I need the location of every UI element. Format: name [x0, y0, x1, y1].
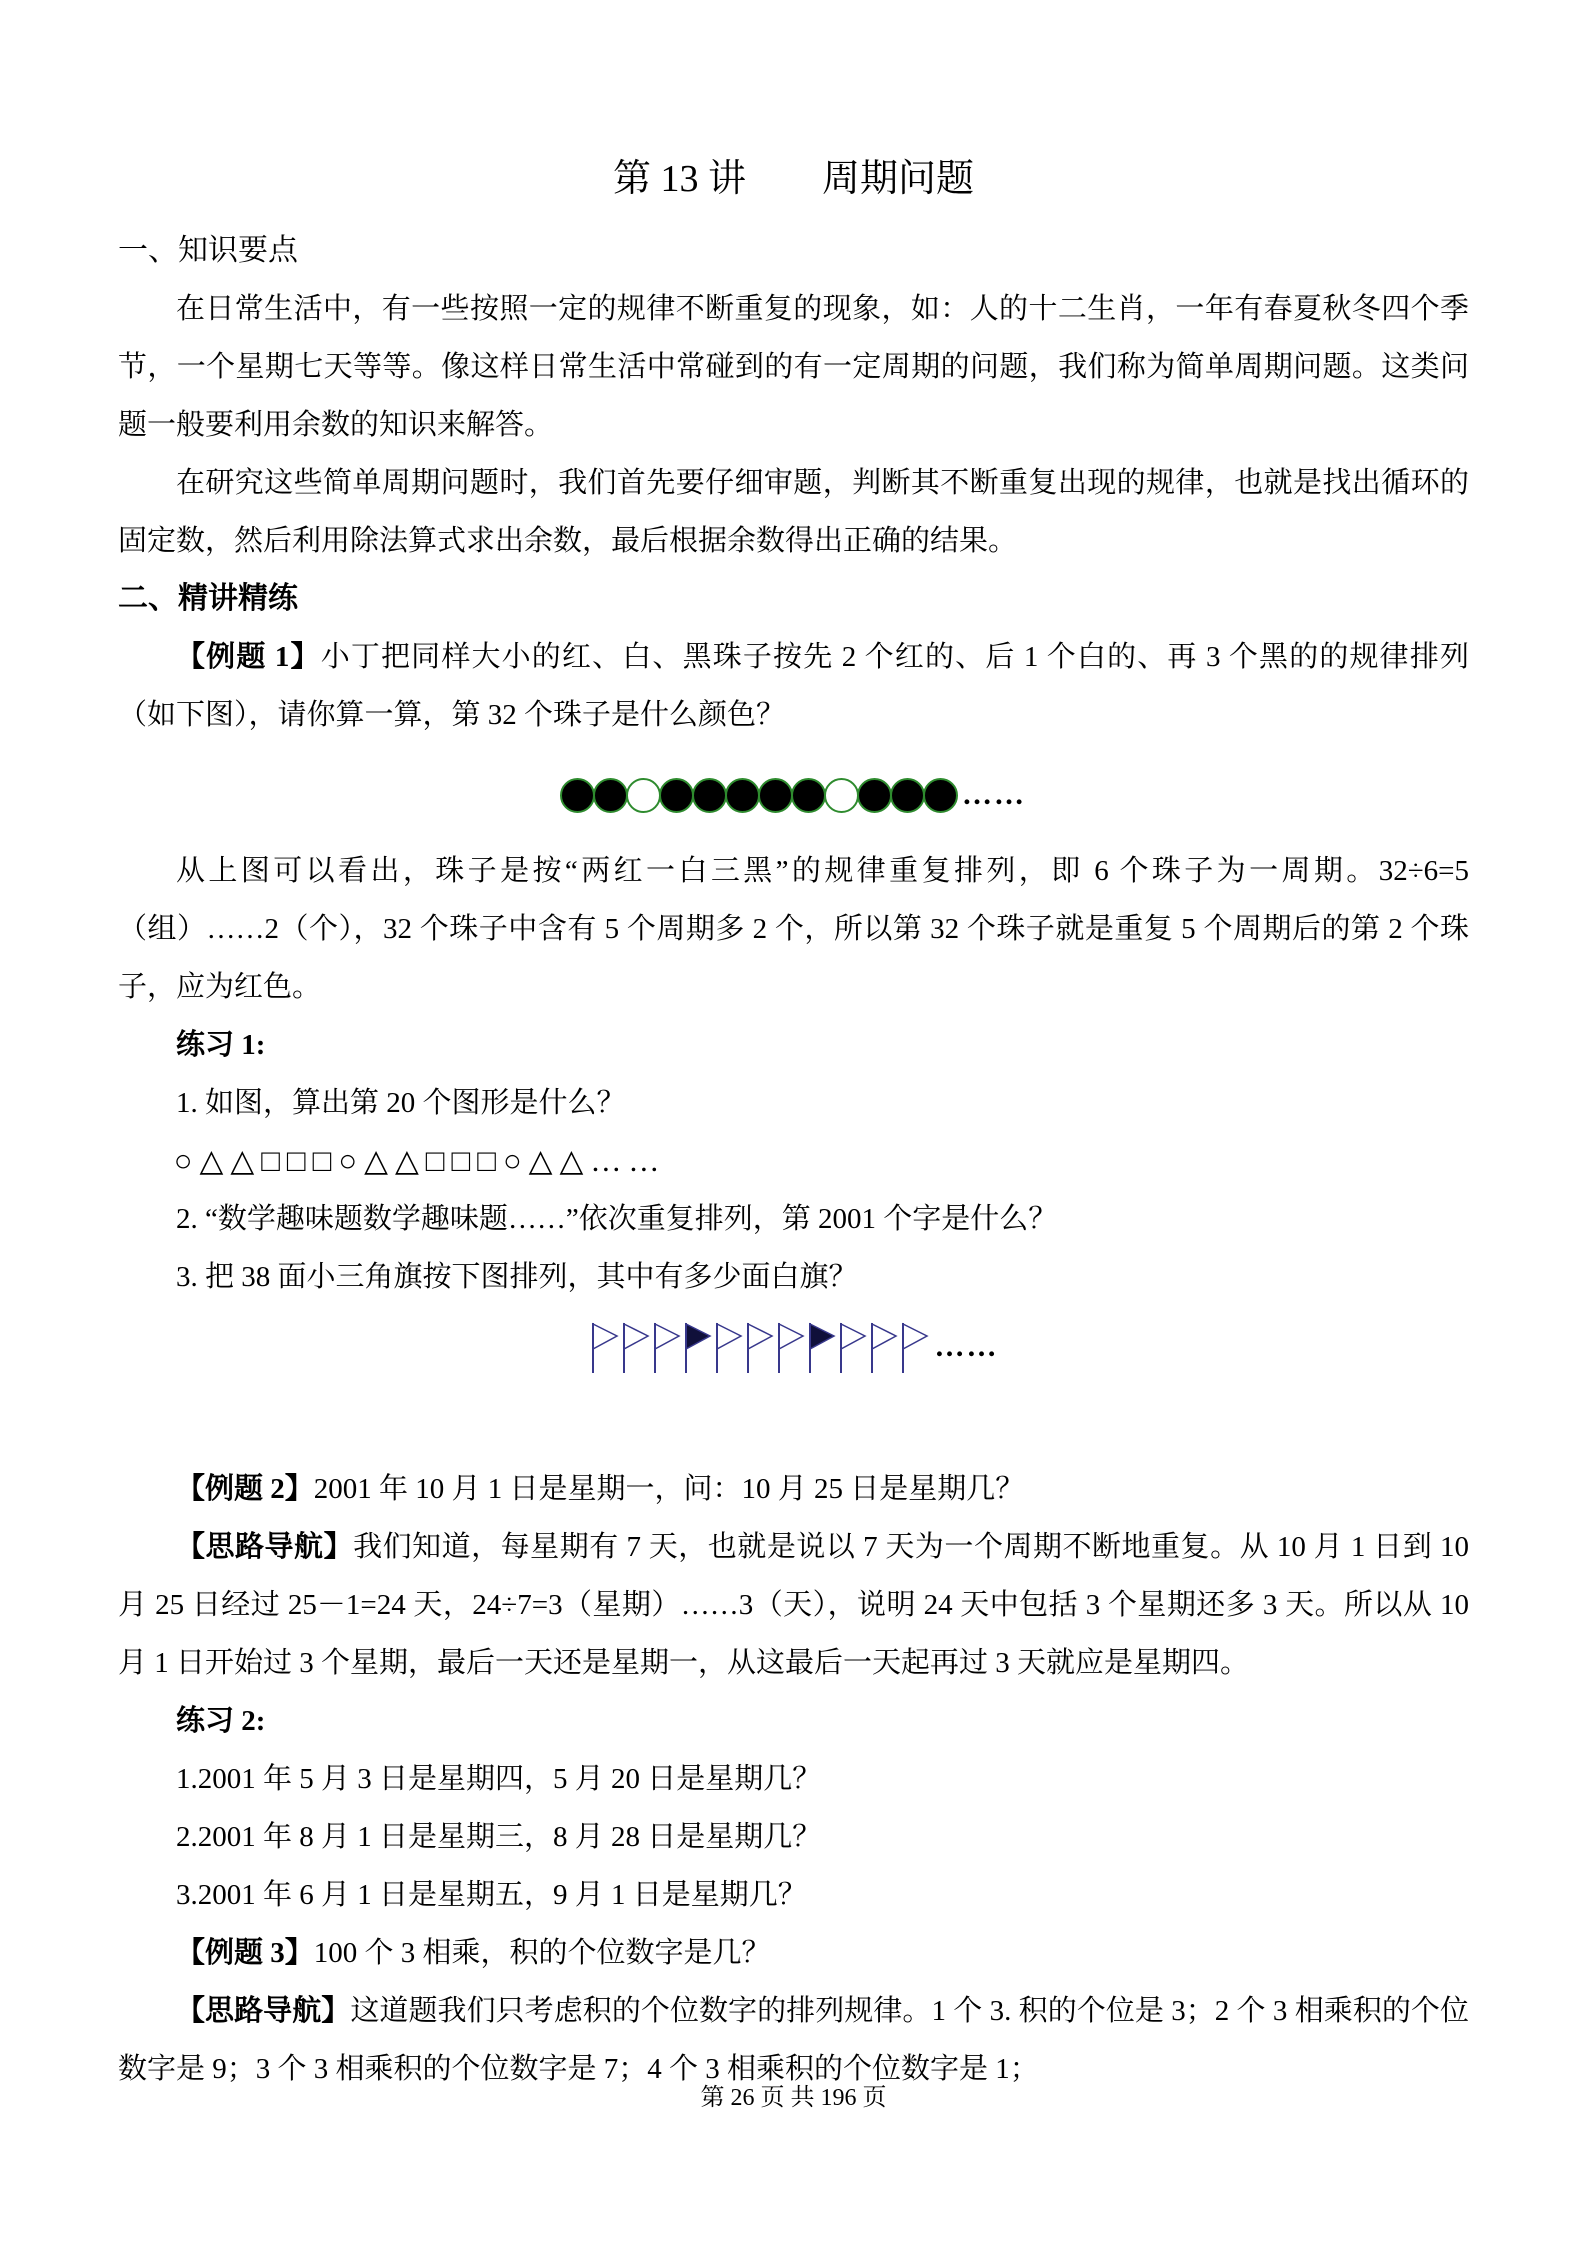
practice2-item-3: 3.2001 年 6 月 1 日是星期五，9 月 1 日是星期几？: [118, 1866, 1469, 1924]
example2-label: 【例题 2】: [176, 1473, 314, 1505]
bead-open: [626, 778, 661, 813]
flag-white-icon: [775, 1322, 806, 1374]
practice1-heading: 练习 1:: [118, 1016, 1469, 1074]
flag-white-icon: [620, 1322, 651, 1374]
practice2-item-1: 1.2001 年 5 月 3 日是星期四，5 月 20 日是星期几？: [118, 1750, 1469, 1808]
bead-filled: [725, 778, 760, 813]
flag-white-icon: [837, 1322, 868, 1374]
example1-text: 小丁把同样大小的红、白、黑珠子按先 2 个红的、后 1 个白的、再 3 个黑的的…: [118, 641, 1469, 731]
example3-paragraph: 【例题 3】100 个 3 相乘，积的个位数字是几？: [118, 1924, 1469, 1982]
bead-filled: [923, 778, 958, 813]
example3-text: 100 个 3 相乘，积的个位数字是几？: [314, 1937, 771, 1969]
flags-figure: ……: [118, 1322, 1469, 1374]
nav3-paragraph: 【思路导航】这道题我们只考虑积的个位数字的排列规律。1 个 3. 积的个位是 3…: [118, 1982, 1469, 2098]
beads-ellipsis: ……: [962, 778, 1026, 811]
example1-solution: 从上图可以看出，珠子是按“两红一白三黑”的规律重复排列，即 6 个珠子为一周期。…: [118, 842, 1469, 1016]
beads-figure: ……: [118, 772, 1469, 818]
bead-filled: [758, 778, 793, 813]
nav2-paragraph: 【思路导航】我们知道，每星期有 7 天，也就是说以 7 天为一个周期不断地重复。…: [118, 1518, 1469, 1692]
section-heading-lecture: 二、精讲精练: [118, 570, 1469, 628]
example3-label: 【例题 3】: [176, 1937, 314, 1969]
bead-filled: [791, 778, 826, 813]
section-heading-knowledge: 一、知识要点: [118, 222, 1469, 280]
example2-paragraph: 【例题 2】2001 年 10 月 1 日是星期一，问：10 月 25 日是星期…: [118, 1460, 1469, 1518]
practice1-item-1: 1. 如图，算出第 20 个图形是什么？: [118, 1074, 1469, 1132]
example1-paragraph: 【例题 1】小丁把同样大小的红、白、黑珠子按先 2 个红的、后 1 个白的、再 …: [118, 628, 1469, 744]
practice1-item-3: 3. 把 38 面小三角旗按下图排列，其中有多少面白旗？: [118, 1248, 1469, 1306]
flag-black-icon: [806, 1322, 837, 1374]
bead-open: [824, 778, 859, 813]
flag-white-icon: [651, 1322, 682, 1374]
knowledge-paragraph-1: 在日常生活中，有一些按照一定的规律不断重复的现象，如：人的十二生肖，一年有春夏秋…: [118, 280, 1469, 454]
practice1-shapes-line: ○△△□□□○△△□□□○△△……: [118, 1132, 1469, 1190]
beads-strip: [561, 786, 957, 803]
practice2-item-2: 2.2001 年 8 月 1 日是星期三，8 月 28 日是星期几？: [118, 1808, 1469, 1866]
example1-label: 【例题 1】: [176, 641, 321, 673]
flag-white-icon: [713, 1322, 744, 1374]
nav3-label: 【思路导航】: [176, 1995, 350, 2027]
flag-black-icon: [682, 1322, 713, 1374]
flag-white-icon: [589, 1322, 620, 1374]
example2-text: 2001 年 10 月 1 日是星期一，问：10 月 25 日是星期几？: [314, 1473, 1025, 1505]
flags-strip: [589, 1322, 930, 1339]
page-number-footer: 第 26 页 共 196 页: [0, 2083, 1587, 2113]
flag-white-icon: [868, 1322, 899, 1374]
nav2-label: 【思路导航】: [176, 1531, 353, 1563]
bead-filled: [560, 778, 595, 813]
bead-filled: [593, 778, 628, 813]
practice1-item-2: 2. “数学趣味题数学趣味题……”依次重复排列，第 2001 个字是什么？: [118, 1190, 1469, 1248]
flag-white-icon: [744, 1322, 775, 1374]
page-title: 第 13 讲 周期问题: [118, 150, 1469, 208]
bead-filled: [659, 778, 694, 813]
bead-filled: [857, 778, 892, 813]
bead-filled: [890, 778, 925, 813]
bead-filled: [692, 778, 727, 813]
knowledge-paragraph-2: 在研究这些简单周期问题时，我们首先要仔细审题，判断其不断重复出现的规律，也就是找…: [118, 454, 1469, 570]
flag-white-icon: [899, 1322, 930, 1374]
flags-ellipsis: ……: [935, 1330, 999, 1364]
practice2-heading: 练习 2:: [118, 1692, 1469, 1750]
document-page: 第 13 讲 周期问题 一、知识要点 在日常生活中，有一些按照一定的规律不断重复…: [0, 0, 1587, 2245]
